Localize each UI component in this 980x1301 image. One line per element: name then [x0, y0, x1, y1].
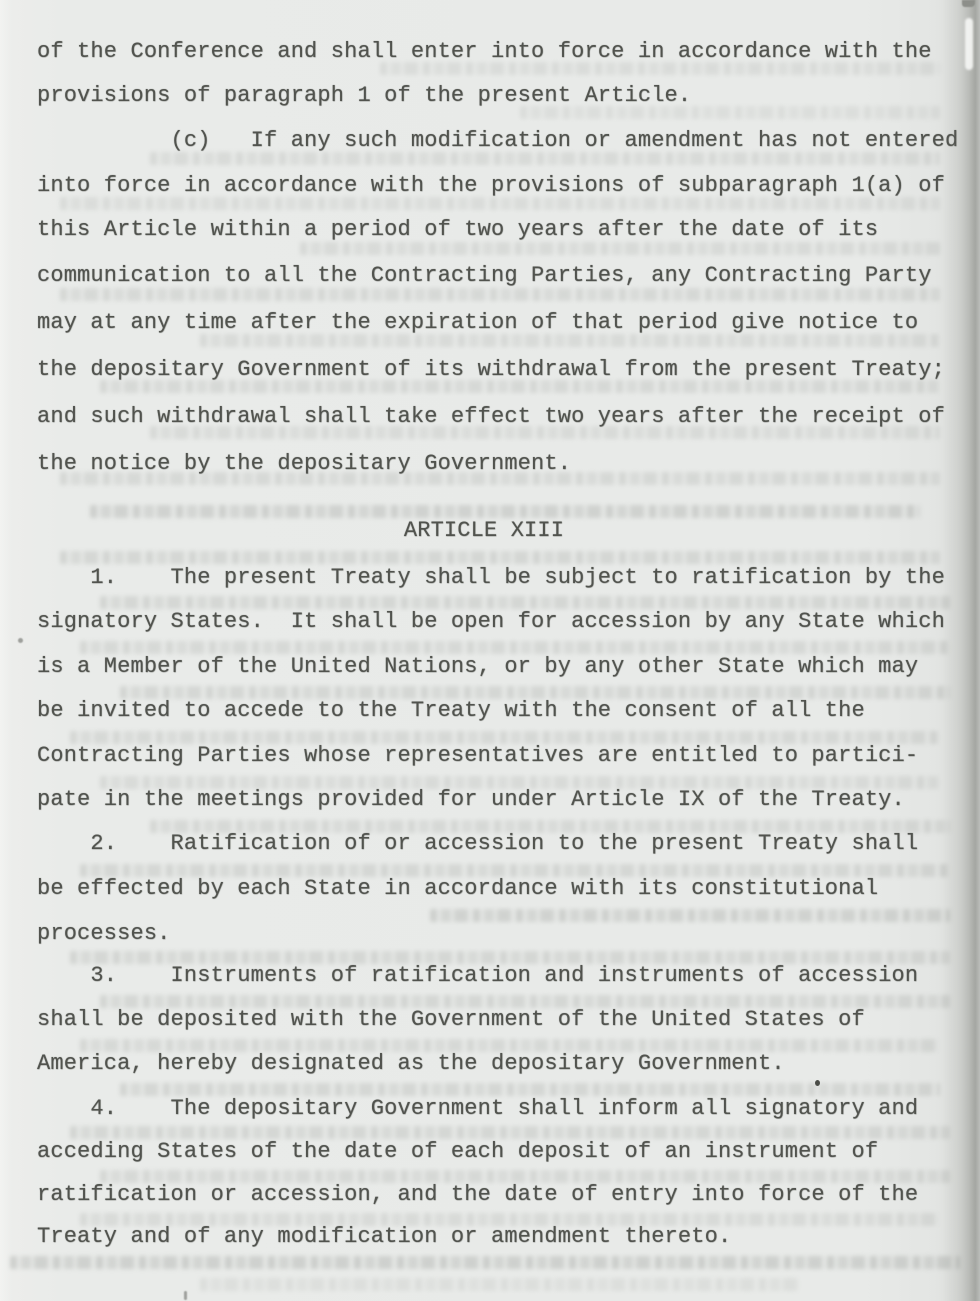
- text-line: America, hereby designated as the deposi…: [37, 1051, 785, 1077]
- bleedthrough-texture: [300, 242, 940, 255]
- text-line: be effected by each State in accordance …: [37, 876, 878, 902]
- text-line: processes.: [37, 921, 171, 947]
- text-line: into force in accordance with the provis…: [37, 173, 945, 199]
- bleedthrough-texture: [90, 505, 920, 518]
- text-line: 1. The present Treaty shall be subject t…: [37, 565, 945, 591]
- ink-speck: [815, 1080, 820, 1086]
- text-line: Contracting Parties whose representative…: [37, 743, 918, 769]
- text-line: Treaty and of any modification or amendm…: [37, 1224, 731, 1250]
- text-line: may at any time after the expiration of …: [37, 310, 918, 336]
- bleedthrough-texture: [100, 596, 950, 609]
- bleedthrough-texture: [430, 909, 950, 922]
- text-line: be invited to accede to the Treaty with …: [37, 698, 865, 724]
- page-edge-shadow: [942, 0, 980, 1301]
- text-line: and such withdrawal shall take effect tw…: [37, 404, 945, 430]
- text-line: the depositary Government of its withdra…: [37, 357, 945, 383]
- bleedthrough-texture: [70, 1126, 950, 1139]
- text-line: of the Conference and shall enter into f…: [37, 39, 932, 65]
- bleedthrough-texture: [60, 288, 940, 301]
- bleedthrough-texture: [200, 1278, 800, 1291]
- article-heading: ARTICLE XIII: [0, 518, 974, 544]
- text-line: shall be deposited with the Government o…: [37, 1007, 865, 1033]
- page-edge-highlight: [965, 18, 973, 70]
- scanned-treaty-page: of the Conference and shall enter into f…: [0, 0, 980, 1301]
- ink-speck: [184, 1291, 187, 1300]
- text-line: this Article within a period of two year…: [37, 217, 878, 243]
- text-line: 4. The depositary Government shall infor…: [37, 1096, 918, 1122]
- text-line: signatory States. It shall be open for a…: [37, 609, 945, 635]
- text-line: is a Member of the United Nations, or by…: [37, 654, 918, 680]
- bleedthrough-texture: [80, 641, 950, 654]
- text-line: ratification or accession, and the date …: [37, 1182, 918, 1208]
- text-line: provisions of paragraph 1 of the present…: [37, 83, 691, 109]
- bleedthrough-texture: [60, 551, 940, 564]
- text-line: (c) If any such modification or amendmen…: [37, 128, 958, 154]
- text-line: the notice by the depositary Government.: [37, 451, 571, 477]
- ink-speck: [18, 638, 23, 643]
- scan-corner-mark: [962, 0, 975, 7]
- text-line: communication to all the Contracting Par…: [37, 263, 932, 289]
- bleedthrough-texture: [10, 1256, 960, 1269]
- text-line: 2. Ratification of or accession to the p…: [37, 831, 918, 857]
- text-line: pate in the meetings provided for under …: [37, 787, 905, 813]
- text-line: 3. Instruments of ratification and instr…: [37, 963, 918, 989]
- text-line: acceding States of the date of each depo…: [37, 1139, 878, 1165]
